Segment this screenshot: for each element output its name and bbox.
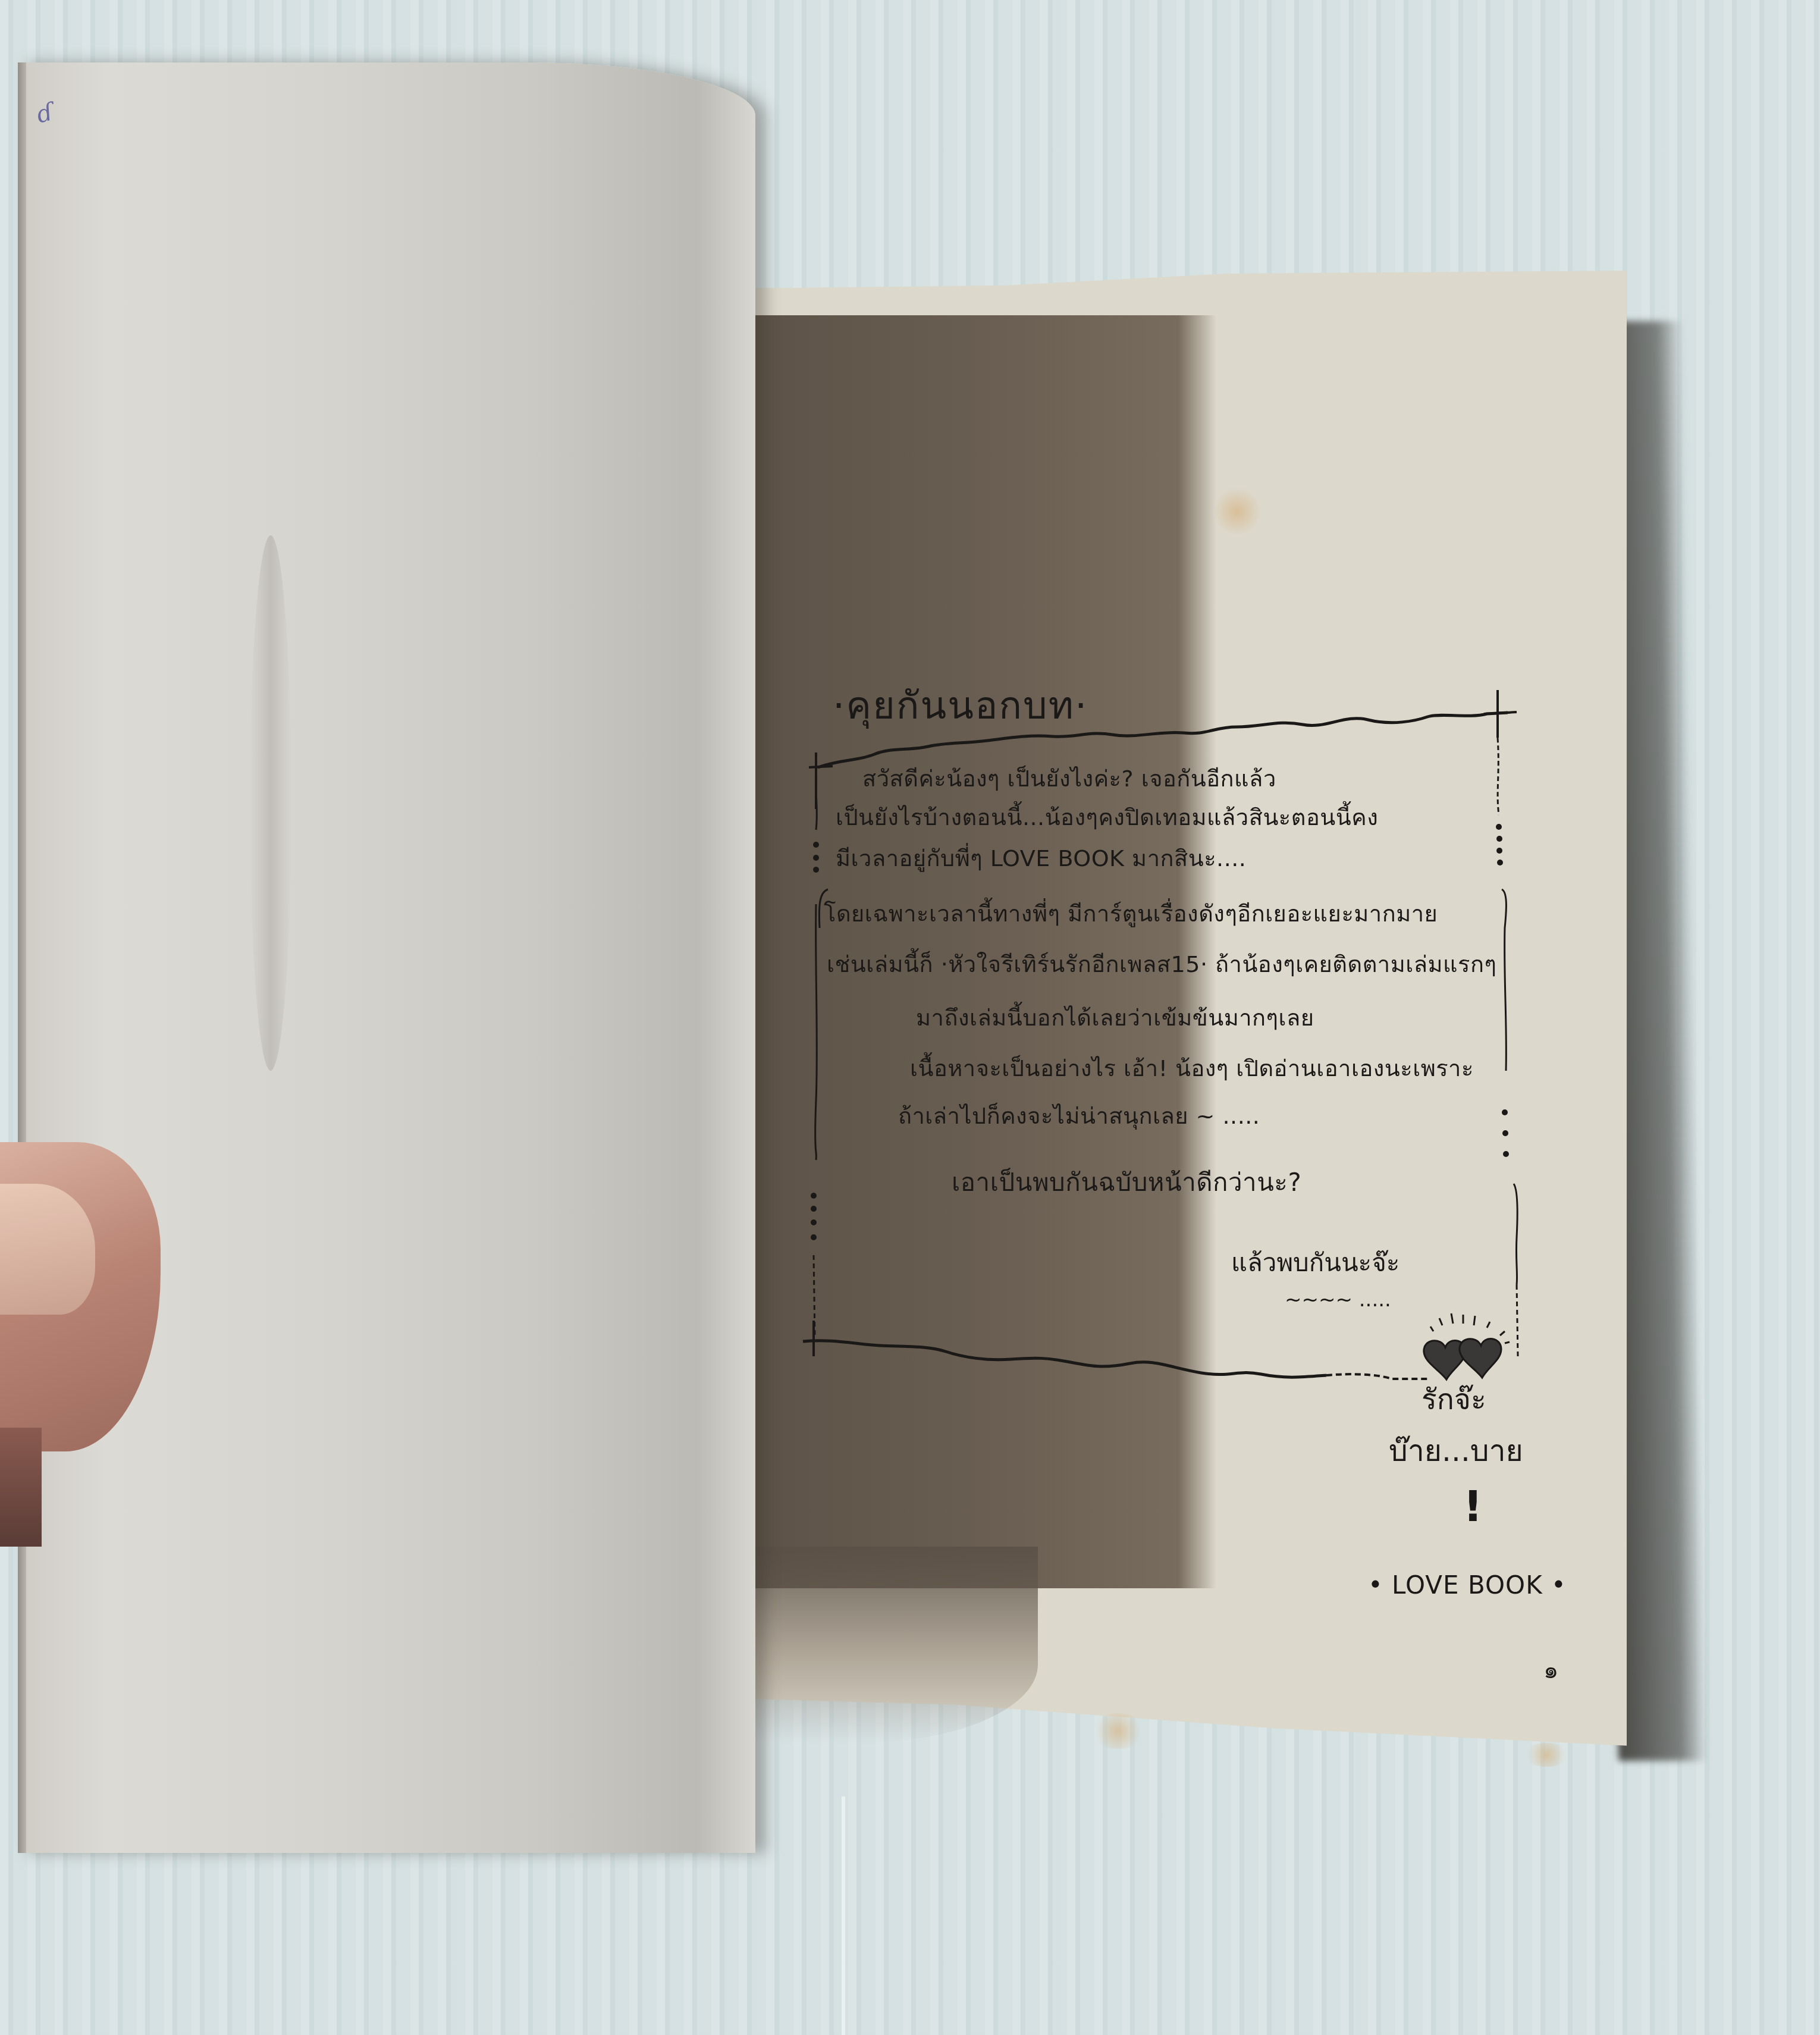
left-page-edge <box>18 62 26 1853</box>
closing-squiggle: ~~~~ ..... <box>1285 1288 1391 1312</box>
left-page-crease <box>250 535 291 1071</box>
body-line: โดยเฉพาะเวลานี้ทางพี่ๆ มีการ์ตูนเรื่องดั… <box>824 895 1438 932</box>
page-stain <box>1213 488 1261 535</box>
signature-exclaim: ! <box>1463 1481 1483 1531</box>
body-line: สวัสดีค่ะน้องๆ เป็นยังไงค่ะ? เจอกันอีกแล… <box>862 760 1276 797</box>
brand-label: • LOVE BOOK • <box>1368 1570 1567 1600</box>
page-heading: ·คุยกันนอกบท· <box>833 675 1088 736</box>
signature-love: รักจ๊ะ <box>1422 1377 1486 1422</box>
folded-left-page[interactable] <box>18 62 755 1853</box>
body-line: ถ้าเล่าไปก็คงจะไม่น่าสนุกเลย ~ ..... <box>898 1098 1260 1134</box>
body-line: มาถึงเล่มนี้บอกได้เลยว่าเข้มข้นมากๆเลย <box>916 999 1314 1036</box>
page-number: ๑ <box>1543 1651 1558 1689</box>
page-stain <box>1091 1713 1145 1749</box>
body-line: มีเวลาอยู่กับพี่ๆ LOVE BOOK มากสินะ.... <box>836 840 1246 876</box>
body-line: เช่นเล่มนี้ก็ ·หัวใจรีเทิร์นรักอีกเพลส15… <box>827 946 1496 982</box>
hand-lower <box>0 1428 42 1547</box>
signature-bye: บ๊าย...บาย <box>1389 1428 1523 1475</box>
body-line: เนื้อหาจะเป็นอย่างไร เอ้า! น้องๆ เปิดอ่า… <box>910 1050 1474 1086</box>
page-stain <box>1523 1743 1570 1767</box>
body-line: เป็นยังไรบ้างตอนนี้...น้องๆคงปิดเทอมแล้ว… <box>836 799 1378 835</box>
body-line: เอาเป็นพบกันฉบับหน้าดีกว่านะ? <box>952 1163 1301 1202</box>
closing-text: แล้วพบกันนะจ๊ะ <box>1231 1243 1399 1283</box>
page-shadow-lower <box>740 1547 1038 1743</box>
background-seam <box>842 1796 845 2035</box>
